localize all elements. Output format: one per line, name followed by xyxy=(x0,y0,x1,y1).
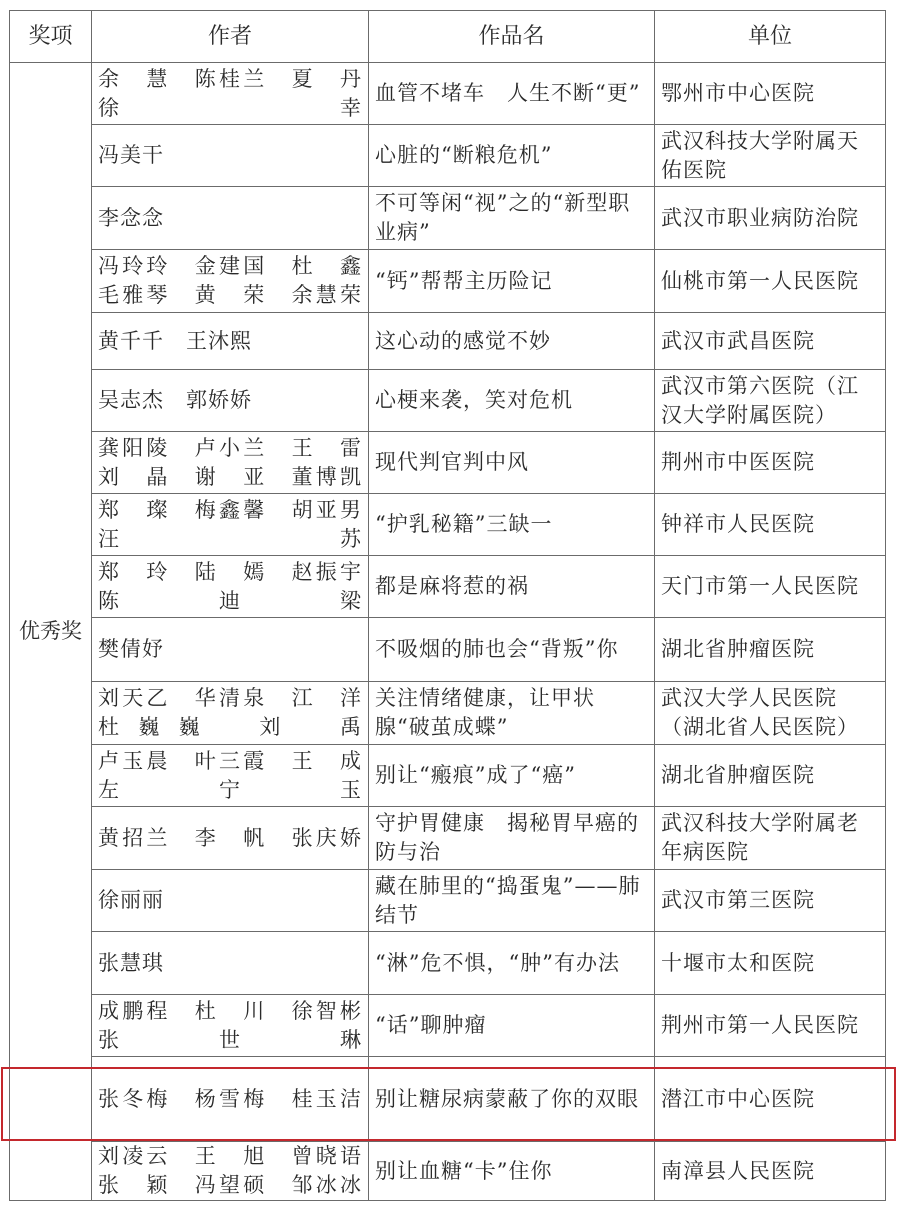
unit-cell: 武汉大学人民医院（湖北省人民医院） xyxy=(655,682,886,745)
unit-cell: 鄂州市中心医院 xyxy=(655,63,886,125)
authors-cell: 郑 璨 梅鑫馨 胡亚男 汪 苏 xyxy=(92,494,369,556)
unit-cell: 仙桃市第一人民医院 xyxy=(655,250,886,313)
header-award: 奖项 xyxy=(10,11,92,63)
authors-cell: 徐丽丽 xyxy=(92,870,369,932)
table-row-highlighted: 张冬梅 杨雪梅 桂玉洁别让糖尿病蒙蔽了你的双眼潜江市中心医院 xyxy=(10,1057,886,1142)
header-work: 作品名 xyxy=(369,11,655,63)
table-row: 吴志杰 郭娇娇心梗来袭，笑对危机武汉市第六医院（江汉大学附属医院） xyxy=(10,370,886,432)
table-row: 优秀奖余 慧 陈桂兰 夏 丹 徐 幸血管不堵车 人生不断“更”鄂州市中心医院 xyxy=(10,63,886,125)
work-title-cell: “护乳秘籍”三缺一 xyxy=(369,494,655,556)
work-title-cell: 心脏的“断粮危机” xyxy=(369,125,655,187)
table-row: 张慧琪“淋”危不惧，“肿”有办法十堰市太和医院 xyxy=(10,932,886,995)
unit-cell: 武汉市第三医院 xyxy=(655,870,886,932)
unit-cell: 天门市第一人民医院 xyxy=(655,556,886,618)
table-row: 刘天乙 华清泉 江 洋 杜巍巍 刘 禹关注情绪健康，让甲状腺“破茧成蝶”武汉大学… xyxy=(10,682,886,745)
authors-cell: 张慧琪 xyxy=(92,932,369,995)
unit-cell: 武汉市第六医院（江汉大学附属医院） xyxy=(655,370,886,432)
table-row: 刘凌云 王 旭 曾晓语 张 颖 冯望硕 邹冰冰别让血糖“卡”住你南漳县人民医院 xyxy=(10,1142,886,1201)
work-title-cell: 关注情绪健康，让甲状腺“破茧成蝶” xyxy=(369,682,655,745)
work-title-cell: 别让“瘢痕”成了“癌” xyxy=(369,745,655,807)
unit-cell: 武汉科技大学附属老年病医院 xyxy=(655,807,886,870)
authors-cell: 刘天乙 华清泉 江 洋 杜巍巍 刘 禹 xyxy=(92,682,369,745)
unit-cell: 武汉科技大学附属天佑医院 xyxy=(655,125,886,187)
work-title-cell: “淋”危不惧，“肿”有办法 xyxy=(369,932,655,995)
header-unit: 单位 xyxy=(655,11,886,63)
authors-cell: 樊倩妤 xyxy=(92,618,369,682)
header-authors: 作者 xyxy=(92,11,369,63)
work-title-cell: 不吸烟的肺也会“背叛”你 xyxy=(369,618,655,682)
table-row: 黄千千 王沐熙这心动的感觉不妙武汉市武昌医院 xyxy=(10,313,886,370)
authors-cell: 张冬梅 杨雪梅 桂玉洁 xyxy=(92,1057,369,1142)
table-row: 卢玉晨 叶三霞 王 成 左宁玉别让“瘢痕”成了“癌”湖北省肿瘤医院 xyxy=(10,745,886,807)
table-row: 樊倩妤不吸烟的肺也会“背叛”你湖北省肿瘤医院 xyxy=(10,618,886,682)
work-title-cell: 不可等闲“视”之的“新型职业病” xyxy=(369,187,655,250)
authors-cell: 余 慧 陈桂兰 夏 丹 徐 幸 xyxy=(92,63,369,125)
table-row: 郑 玲 陆 嫣 赵振宇 陈迪梁都是麻将惹的祸天门市第一人民医院 xyxy=(10,556,886,618)
authors-cell: 成鹏程 杜 川 徐智彬 张世琳 xyxy=(92,995,369,1057)
authors-cell: 黄千千 王沐熙 xyxy=(92,313,369,370)
work-title-cell: “钙”帮帮主历险记 xyxy=(369,250,655,313)
unit-cell: 荆州市中医医院 xyxy=(655,432,886,494)
unit-cell: 十堰市太和医院 xyxy=(655,932,886,995)
table-row: 龚阳陵 卢小兰 王 雷 刘 晶 谢 亚 董博凯现代判官判中风荆州市中医医院 xyxy=(10,432,886,494)
unit-cell: 武汉市武昌医院 xyxy=(655,313,886,370)
work-title-cell: 这心动的感觉不妙 xyxy=(369,313,655,370)
authors-cell: 冯美干 xyxy=(92,125,369,187)
authors-cell: 卢玉晨 叶三霞 王 成 左宁玉 xyxy=(92,745,369,807)
table-row: 成鹏程 杜 川 徐智彬 张世琳“话”聊肿瘤荆州市第一人民医院 xyxy=(10,995,886,1057)
table-body: 优秀奖余 慧 陈桂兰 夏 丹 徐 幸血管不堵车 人生不断“更”鄂州市中心医院冯美… xyxy=(10,63,886,1201)
work-title-cell: 别让糖尿病蒙蔽了你的双眼 xyxy=(369,1057,655,1142)
table-row: 冯玲玲 金建国 杜 鑫 毛雅琴 黄 荣 余慧荣“钙”帮帮主历险记仙桃市第一人民医… xyxy=(10,250,886,313)
unit-cell: 荆州市第一人民医院 xyxy=(655,995,886,1057)
unit-cell: 湖北省肿瘤医院 xyxy=(655,745,886,807)
unit-cell: 湖北省肿瘤医院 xyxy=(655,618,886,682)
table-row: 李念念不可等闲“视”之的“新型职业病”武汉市职业病防治院 xyxy=(10,187,886,250)
table-row: 郑 璨 梅鑫馨 胡亚男 汪 苏“护乳秘籍”三缺一钟祥市人民医院 xyxy=(10,494,886,556)
authors-cell: 龚阳陵 卢小兰 王 雷 刘 晶 谢 亚 董博凯 xyxy=(92,432,369,494)
authors-cell: 黄招兰 李 帆 张庆娇 xyxy=(92,807,369,870)
work-title-cell: 藏在肺里的“捣蛋鬼”——肺结节 xyxy=(369,870,655,932)
work-title-cell: 别让血糖“卡”住你 xyxy=(369,1142,655,1201)
unit-cell: 潜江市中心医院 xyxy=(655,1057,886,1142)
unit-cell: 南漳县人民医院 xyxy=(655,1142,886,1201)
unit-cell: 武汉市职业病防治院 xyxy=(655,187,886,250)
unit-cell: 钟祥市人民医院 xyxy=(655,494,886,556)
award-cell: 优秀奖 xyxy=(10,63,92,1201)
header-row: 奖项 作者 作品名 单位 xyxy=(10,11,886,63)
work-title-cell: 现代判官判中风 xyxy=(369,432,655,494)
work-title-cell: 心梗来袭，笑对危机 xyxy=(369,370,655,432)
authors-cell: 吴志杰 郭娇娇 xyxy=(92,370,369,432)
authors-cell: 冯玲玲 金建国 杜 鑫 毛雅琴 黄 荣 余慧荣 xyxy=(92,250,369,313)
authors-cell: 刘凌云 王 旭 曾晓语 张 颖 冯望硕 邹冰冰 xyxy=(92,1142,369,1201)
authors-cell: 郑 玲 陆 嫣 赵振宇 陈迪梁 xyxy=(92,556,369,618)
work-title-cell: 血管不堵车 人生不断“更” xyxy=(369,63,655,125)
work-title-cell: “话”聊肿瘤 xyxy=(369,995,655,1057)
authors-cell: 李念念 xyxy=(92,187,369,250)
table-row: 冯美干心脏的“断粮危机”武汉科技大学附属天佑医院 xyxy=(10,125,886,187)
work-title-cell: 都是麻将惹的祸 xyxy=(369,556,655,618)
table-row: 黄招兰 李 帆 张庆娇守护胃健康 揭秘胃早癌的防与治武汉科技大学附属老年病医院 xyxy=(10,807,886,870)
table-row: 徐丽丽藏在肺里的“捣蛋鬼”——肺结节武汉市第三医院 xyxy=(10,870,886,932)
awards-table: 奖项 作者 作品名 单位 优秀奖余 慧 陈桂兰 夏 丹 徐 幸血管不堵车 人生不… xyxy=(9,10,886,1201)
work-title-cell: 守护胃健康 揭秘胃早癌的防与治 xyxy=(369,807,655,870)
